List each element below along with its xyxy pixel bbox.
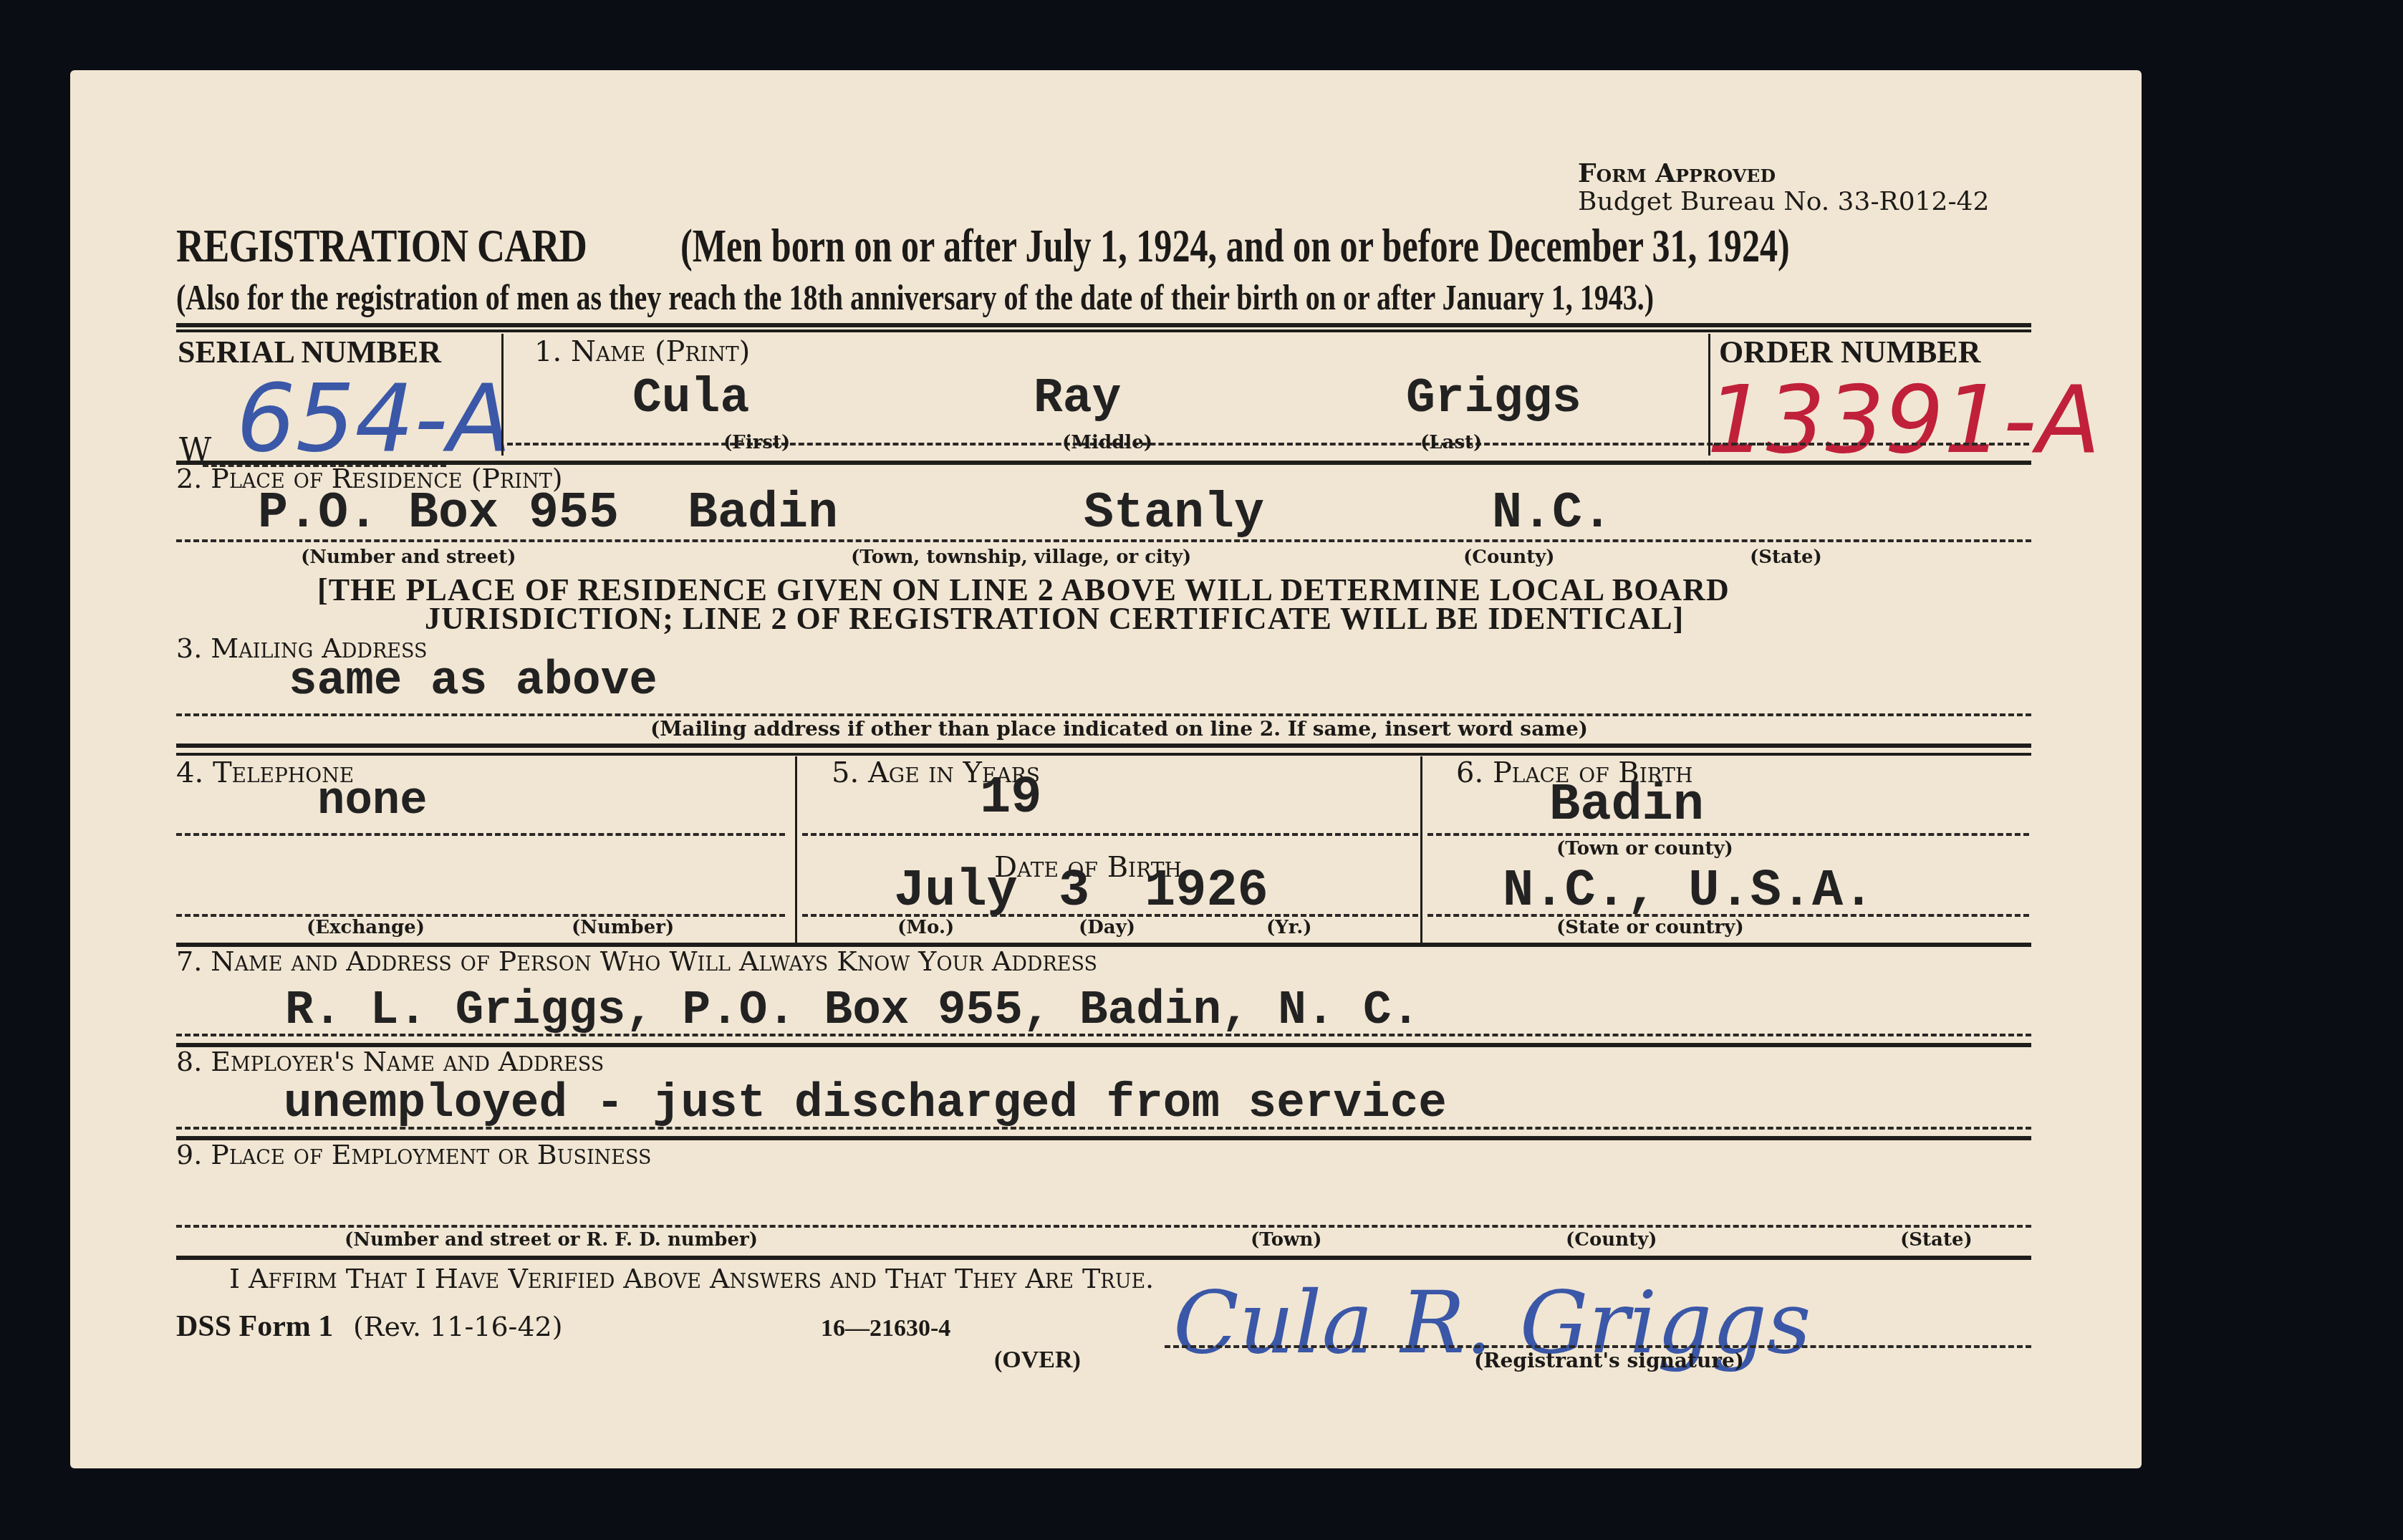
state-caption: (State)	[1750, 547, 1822, 568]
town-caption: (Town, township, village, or city)	[851, 547, 1191, 568]
form-approved-label: Form Approved	[1578, 160, 1776, 187]
dob-month-value: July	[894, 862, 1018, 920]
telephone-value: none	[317, 776, 428, 827]
first-name-value: Cula	[632, 371, 749, 426]
budget-bureau-number: Budget Bureau No. 33-R012-42	[1578, 187, 1989, 216]
exchange-caption: (Exchange)	[307, 917, 425, 938]
county-caption: (County)	[1463, 547, 1555, 568]
form-subtitle-2: (Also for the registration of men as the…	[176, 276, 1654, 318]
employment-town-caption: (Town)	[1251, 1229, 1322, 1251]
contact-label: 7. Name and Address of Person Who Will A…	[176, 945, 1097, 977]
year-caption: (Yr.)	[1266, 917, 1312, 938]
registration-card: Form Approved Budget Bureau No. 33-R012-…	[70, 70, 2142, 1468]
employment-state-caption: (State)	[1900, 1229, 1973, 1251]
birthplace-state-value: N.C., U.S.A.	[1503, 862, 1874, 920]
print-code: 16—21630-4	[821, 1315, 950, 1342]
signature-caption: (Registrant's signature)	[1474, 1349, 1744, 1372]
dob-day-value: 3	[1059, 862, 1089, 920]
employment-street-caption: (Number and street or R. F. D. number)	[345, 1229, 758, 1251]
name-label: 1. Name (Print)	[534, 335, 750, 368]
serial-number-value: 654-A	[236, 364, 511, 473]
middle-caption: (Middle)	[1062, 432, 1152, 453]
form-revision: (Rev. 11-16-42)	[353, 1311, 563, 1342]
residence-notice-2: JURISDICTION; LINE 2 OF REGISTRATION CER…	[425, 600, 1684, 637]
over-label: (OVER)	[994, 1347, 1081, 1374]
residence-town-value: Badin	[688, 486, 838, 542]
employment-county-caption: (County)	[1566, 1229, 1657, 1251]
first-caption: (First)	[723, 432, 790, 453]
number-caption: (Number)	[572, 917, 674, 938]
day-caption: (Day)	[1079, 917, 1135, 938]
month-caption: (Mo.)	[897, 917, 954, 938]
residence-county-value: Stanly	[1084, 486, 1264, 542]
birthplace-town-caption: (Town or county)	[1556, 838, 1733, 860]
employer-value: unemployed - just discharged from servic…	[284, 1077, 1447, 1130]
affirmation-text: I Affirm That I Have Verified Above Answ…	[229, 1263, 1154, 1294]
mailing-value: same as above	[289, 654, 658, 708]
form-id: DSS Form 1	[176, 1309, 333, 1344]
middle-name-value: Ray	[1034, 371, 1121, 426]
residence-street-value: P.O. Box 955	[258, 486, 619, 542]
last-caption: (Last)	[1420, 432, 1482, 453]
birthplace-state-caption: (State or country)	[1556, 917, 1744, 938]
contact-value: R. L. Griggs, P.O. Box 955, Badin, N. C.	[285, 983, 1420, 1037]
form-title: REGISTRATION CARD	[176, 219, 587, 274]
age-value: 19	[980, 769, 1041, 827]
birthplace-town-value: Badin	[1549, 776, 1704, 834]
mailing-caption: (Mailing address if other than place ind…	[650, 717, 1588, 741]
dob-year-value: 1926	[1145, 862, 1268, 920]
street-caption: (Number and street)	[301, 547, 516, 568]
order-number-value: 13391-A	[1707, 365, 2100, 474]
last-name-value: Griggs	[1406, 371, 1581, 426]
employment-place-label: 9. Place of Employment or Business	[176, 1139, 651, 1170]
residence-state-value: N.C.	[1492, 486, 1612, 542]
employer-label: 8. Employer's Name and Address	[176, 1046, 604, 1077]
form-subtitle: (Men born on or after July 1, 1924, and …	[680, 219, 1790, 274]
